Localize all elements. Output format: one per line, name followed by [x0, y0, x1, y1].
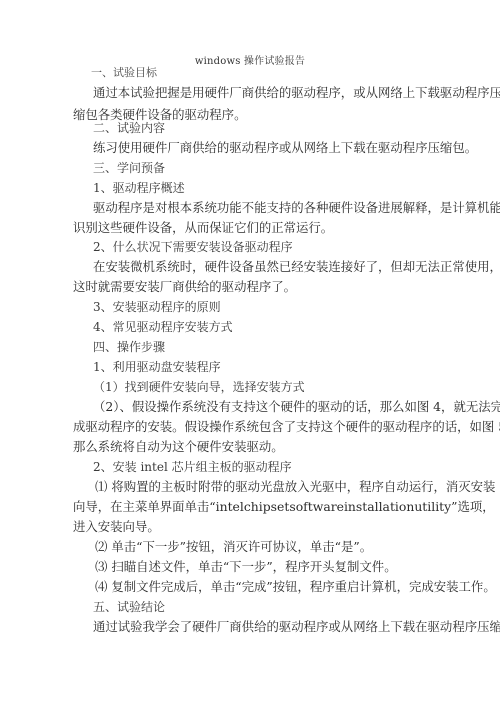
- paragraph-line: 驱动程序是对根本系统功能不能支持的各种硬件设备进展解释，是计算机能: [93, 201, 500, 215]
- section-heading: 3、安装驱动程序的原则: [93, 300, 221, 314]
- paragraph-line: ⑶ 扫瞄自述文件，单击“下一步”，程序开头复制文件。: [95, 560, 397, 574]
- paragraph-line: 进入安装向导。: [73, 520, 160, 534]
- paragraph-line: 成驱动程序的安装。假设操作系统包含了支持这个硬件的驱动程序的话，如图 5，: [73, 420, 500, 434]
- paragraph-line: ⑵ 单击“下一步”按钮，消灭许可协议，单击“是”。: [95, 540, 372, 554]
- paragraph-line: 在安装微机系统时，硬件设备虽然已经安装连接好了，但却无法正常使用，: [93, 260, 500, 274]
- section-heading: 四、操作步骤: [93, 340, 165, 354]
- section-heading: 二、试验内容: [93, 121, 165, 135]
- paragraph-line: 识别这些硬件设备，从而保证它们的正常运行。: [73, 221, 333, 235]
- paragraph-line: ⑴ 将购置的主板时附带的驱动光盘放入光驱中，程序自动运行，消灭安装: [95, 480, 495, 494]
- section-heading: 2、什么状况下需要安装设备驱动程序: [93, 240, 293, 254]
- section-heading: 1、驱动程序概述: [93, 181, 185, 195]
- document-page: windows 操作试验报告 一、试验目标通过本试验把握是用硬件厂商供给的驱动程…: [0, 0, 500, 707]
- paragraph-line: 通过本试验把握是用硬件厂商供给的驱动程序，或从网络上下载驱动程序压: [93, 86, 500, 100]
- document-title: windows 操作试验报告: [0, 52, 500, 67]
- paragraph-line: 那么系统将自动为这个硬件安装驱动。: [73, 440, 284, 454]
- section-heading: 1、利用驱动盘安装程序: [93, 360, 221, 374]
- paragraph-line: 通过试验我学会了硬件厂商供给的驱动程序或从网络上下载在驱动程序压缩: [93, 620, 500, 634]
- section-heading: 五、试验结论: [93, 600, 165, 614]
- paragraph-line: 缩包各类硬件设备的驱动程序。: [73, 108, 246, 122]
- paragraph-line: 向导，在主菜单界面单击“intelchipsetsoftwareinstalla…: [73, 500, 495, 514]
- paragraph-line: 这时就需要安装厂商供给的驱动程序了。: [73, 280, 296, 294]
- section-heading: 2、安装 intel 芯片组主板的驱动程序: [93, 460, 292, 474]
- paragraph-line: （2）、假设操作系统没有支持这个硬件的驱动的话，那么如图 4，就无法完: [93, 400, 500, 414]
- paragraph-line: 练习使用硬件厂商供给的驱动程序或从网络上下载在驱动程序压缩包。: [93, 141, 477, 155]
- paragraph-line: ⑷ 复制文件完成后，单击“完成”按钮，程序重启计算机，完成安装工作。: [95, 580, 496, 594]
- section-heading: 4、常见驱动程序安装方式: [93, 320, 233, 334]
- section-heading: 三、学问预备: [93, 161, 165, 175]
- section-heading: （1）找到硬件安装向导，选择安装方式: [93, 380, 305, 394]
- section-heading: 一、试验目标: [91, 66, 157, 80]
